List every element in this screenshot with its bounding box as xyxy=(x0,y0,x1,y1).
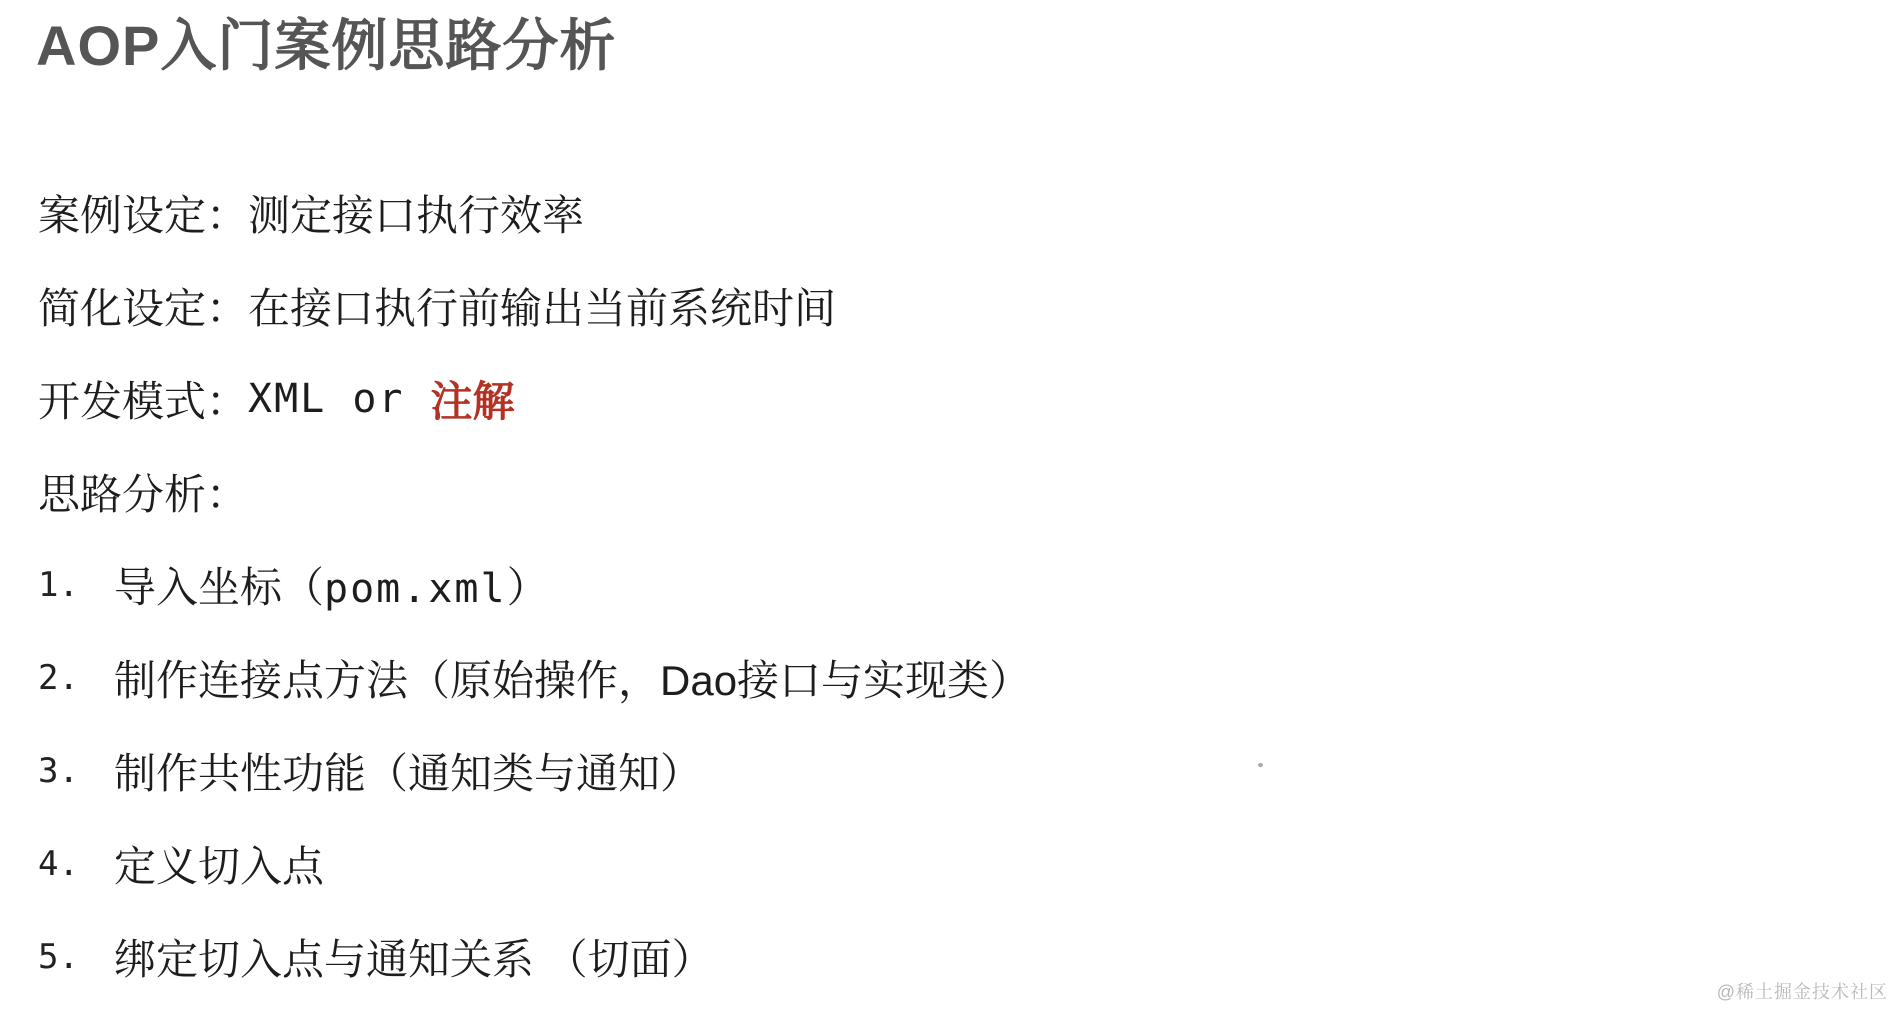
step-item-1: 1.导入坐标（pom.xml） xyxy=(38,538,1031,631)
step-text-pre: 制作共性功能（通知类与通知） xyxy=(114,750,702,797)
step-item-5: 5.绑定切入点与通知关系 （切面） xyxy=(38,910,1031,1003)
step-text-pre: 绑定切入点与通知关系 （切面） xyxy=(114,936,714,983)
steps-list: 1.导入坐标（pom.xml） 2.制作连接点方法（原始操作，Dao接口与实现类… xyxy=(38,538,1031,1003)
step-text-post: ） xyxy=(507,564,549,611)
step-text-pre: 定义切入点 xyxy=(114,843,324,890)
case-setting-line: 案例设定：测定接口执行效率 xyxy=(38,166,1031,259)
step-text-code: pom.xml xyxy=(324,566,507,612)
step-text: 导入坐标（pom.xml） xyxy=(114,555,549,615)
step-text: 定义切入点 xyxy=(114,834,324,894)
step-text: 制作共性功能（通知类与通知） xyxy=(114,741,702,801)
step-text-pre: 制作连接点方法（原始操作，Dao接口与实现类） xyxy=(114,657,1031,704)
analysis-heading-line: 思路分析： xyxy=(38,445,1031,538)
dev-mode-highlight: 注解 xyxy=(431,369,515,429)
step-text: 制作连接点方法（原始操作，Dao接口与实现类） xyxy=(114,648,1031,708)
dev-mode-line: 开发模式：XML or注解 xyxy=(38,352,1031,445)
analysis-heading-label: 思路分析： xyxy=(38,462,248,522)
simplified-setting-line: 简化设定：在接口执行前输出当前系统时间 xyxy=(38,259,1031,352)
simplified-setting-label: 简化设定： xyxy=(38,276,248,336)
case-setting-text: 测定接口执行效率 xyxy=(248,183,584,243)
artifact-dot xyxy=(1258,763,1263,767)
step-number: 1. xyxy=(38,565,114,605)
step-number: 5. xyxy=(38,937,114,977)
step-item-4: 4.定义切入点 xyxy=(38,817,1031,910)
step-item-2: 2.制作连接点方法（原始操作，Dao接口与实现类） xyxy=(38,631,1031,724)
dev-mode-code: XML or xyxy=(248,376,405,422)
step-number: 3. xyxy=(38,751,114,791)
step-number: 4. xyxy=(38,844,114,884)
step-text-pre: 导入坐标（ xyxy=(114,564,324,611)
step-number: 2. xyxy=(38,658,114,698)
step-text: 绑定切入点与通知关系 （切面） xyxy=(114,927,714,987)
step-item-3: 3.制作共性功能（通知类与通知） xyxy=(38,724,1031,817)
page-title: AOP入门案例思路分析 xyxy=(36,2,616,82)
notes-content: 案例设定：测定接口执行效率 简化设定：在接口执行前输出当前系统时间 开发模式：X… xyxy=(38,166,1031,1003)
simplified-setting-text: 在接口执行前输出当前系统时间 xyxy=(248,276,836,336)
case-setting-label: 案例设定： xyxy=(38,183,248,243)
watermark: @稀土掘金技术社区 xyxy=(1717,978,1888,1004)
dev-mode-label: 开发模式： xyxy=(38,369,248,429)
